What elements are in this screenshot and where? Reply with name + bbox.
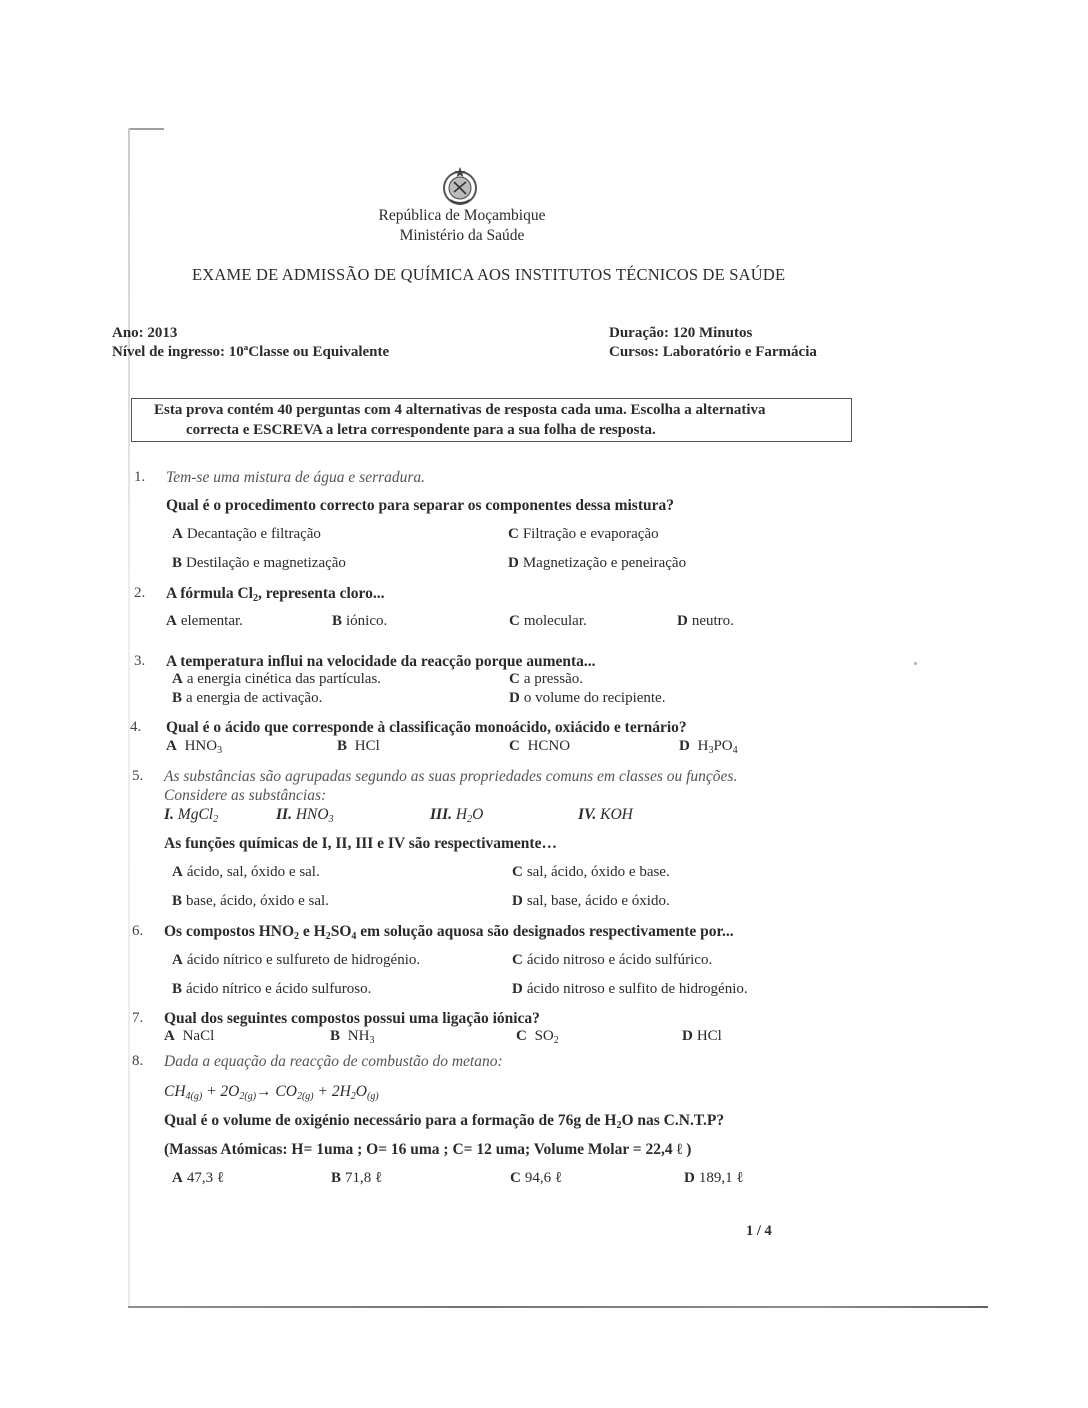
question-number: 8. [132, 1053, 143, 1070]
option-a[interactable]: Aácido, sal, óxido e sal. [172, 864, 320, 881]
option-c[interactable]: Ca pressão. [509, 671, 583, 688]
option-c[interactable]: C SO2 [516, 1028, 559, 1045]
option-a[interactable]: ADecantação e filtração [172, 526, 321, 543]
option-d[interactable]: D189,1 ℓ [684, 1170, 744, 1187]
option-c[interactable]: CFiltração e evaporação [508, 526, 659, 543]
atomic-masses-note: (Massas Atómicas: H= 1uma ; O= 16 uma ; … [164, 1141, 691, 1159]
substance-2: II. HNO3 [276, 806, 334, 824]
option-d[interactable]: Dácido nitroso e sulfito de hidrogénio. [512, 981, 748, 998]
option-d[interactable]: Do volume do recipiente. [509, 690, 665, 707]
option-b[interactable]: Ba energia de activação. [172, 690, 322, 707]
option-a[interactable]: Aelementar. [166, 613, 243, 630]
substance-4: IV. KOH [578, 806, 633, 824]
option-c[interactable]: C94,6 ℓ [510, 1170, 562, 1187]
substance-1: I. MgCl2 [164, 806, 218, 824]
combustion-equation: CH4(g) + 2O2(g)→ CO2(g) + 2H2O(g) [164, 1083, 379, 1101]
question-context: Tem-se uma mistura de água e serradura. [166, 469, 425, 487]
question-prompt: Qual dos seguintes compostos possui uma … [164, 1010, 540, 1028]
option-c[interactable]: Csal, ácido, óxido e base. [512, 864, 670, 881]
option-a[interactable]: A47,3 ℓ [172, 1170, 224, 1187]
exam-courses: Cursos: Laboratório e Farmácia [609, 344, 817, 361]
entry-level: Nível de ingresso: 10ªClasse ou Equivale… [112, 344, 389, 361]
question-number: 5. [132, 768, 143, 785]
page-edge-left [128, 128, 130, 1308]
option-d[interactable]: DHCl [682, 1028, 722, 1045]
question-prompt: A fórmula Cl2, representa cloro... [166, 585, 385, 603]
substance-3: III. H2O [430, 806, 483, 824]
instructions-line-2: correcta e ESCREVA a letra correspondent… [186, 420, 656, 440]
scan-speck [914, 662, 917, 665]
question-context: Considere as substâncias: [164, 787, 326, 805]
option-b[interactable]: Biónico. [332, 613, 387, 630]
option-b[interactable]: Bácido nítrico e ácido sulfuroso. [172, 981, 371, 998]
instructions-line-1: Esta prova contém 40 perguntas com 4 alt… [154, 400, 766, 420]
option-d[interactable]: DMagnetização e peneiração [508, 555, 686, 572]
question-prompt: Qual é o procedimento correcto para sepa… [166, 497, 674, 515]
question-context: As substâncias são agrupadas segundo as … [164, 768, 737, 786]
option-b[interactable]: BDestilação e magnetização [172, 555, 346, 572]
option-a[interactable]: Aácido nítrico e sulfureto de hidrogénio… [172, 952, 420, 969]
option-a[interactable]: A HNO3 [166, 738, 222, 755]
page-number: 1 / 4 [746, 1223, 772, 1240]
question-prompt: Qual é o volume de oxigénio necessário p… [164, 1112, 724, 1130]
option-c[interactable]: Cácido nitroso e ácido sulfúrico. [512, 952, 712, 969]
exam-title: EXAME DE ADMISSÃO DE QUÍMICA AOS INSTITU… [192, 265, 785, 285]
exam-year: Ano: 2013 [112, 325, 177, 342]
question-number: 7. [132, 1010, 143, 1027]
question-number: 2. [134, 585, 145, 602]
option-a[interactable]: Aa energia cinética das partículas. [172, 671, 381, 688]
exam-duration: Duração: 120 Minutos [609, 325, 752, 342]
question-prompt: A temperatura influi na velocidade da re… [166, 653, 596, 671]
question-prompt: Qual é o ácido que corresponde à classif… [166, 719, 687, 737]
option-c[interactable]: Cmolecular. [509, 613, 587, 630]
option-b[interactable]: B HCl [337, 738, 380, 755]
question-number: 1. [134, 469, 145, 486]
option-c[interactable]: C HCNO [509, 738, 570, 755]
option-d[interactable]: Dsal, base, ácido e óxido. [512, 893, 670, 910]
question-number: 3. [134, 653, 145, 670]
question-context: Dada a equação da reacção de combustão d… [164, 1053, 503, 1071]
question-number: 4. [130, 719, 141, 736]
page-edge-top [128, 128, 164, 130]
option-d[interactable]: Dneutro. [677, 613, 734, 630]
ministry-name: Ministério da Saúde [0, 227, 924, 245]
question-number: 6. [132, 923, 143, 940]
mozambique-coat-of-arms-icon [440, 166, 480, 208]
country-name: República de Moçambique [0, 207, 924, 225]
question-prompt: Os compostos HNO2 e H2SO4 em solução aqu… [164, 923, 734, 941]
option-b[interactable]: B71,8 ℓ [331, 1170, 382, 1187]
option-a[interactable]: A NaCl [164, 1028, 214, 1045]
page-edge-bottom [128, 1306, 988, 1308]
option-d[interactable]: D H3PO4 [679, 738, 738, 755]
option-b[interactable]: Bbase, ácido, óxido e sal. [172, 893, 329, 910]
option-b[interactable]: B NH3 [330, 1028, 374, 1045]
question-prompt: As funções químicas de I, II, III e IV s… [164, 835, 557, 853]
